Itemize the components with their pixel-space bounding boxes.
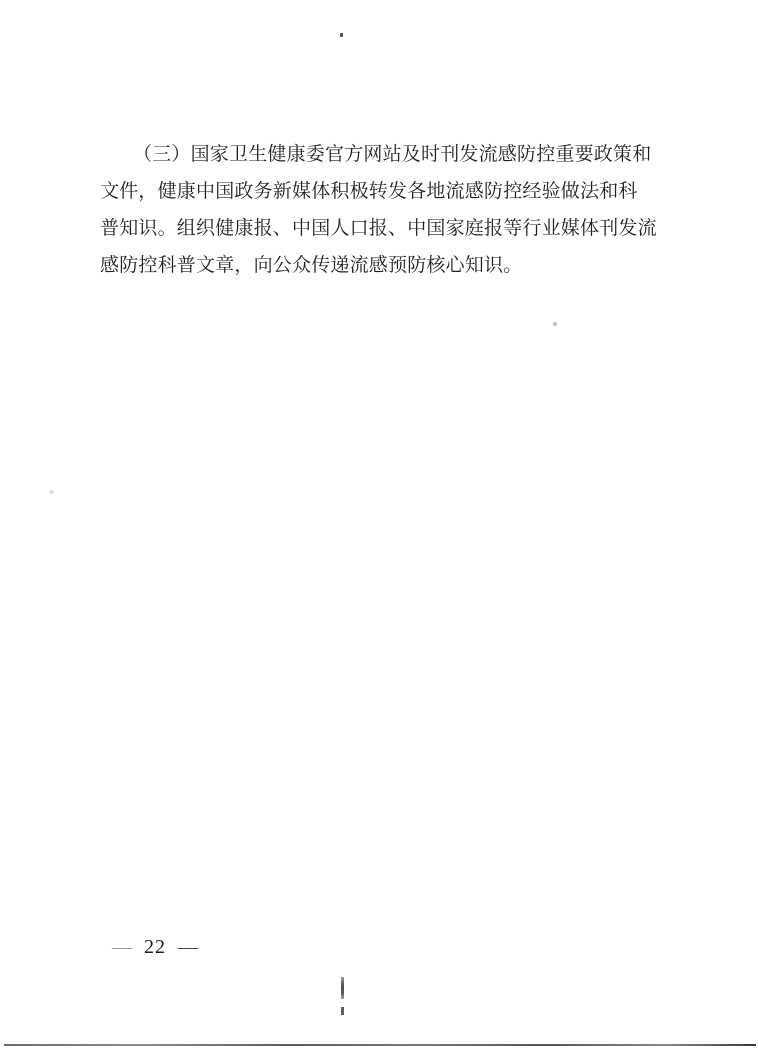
fold-mark-lower [341,1007,344,1015]
paragraph-line-2: 文件，健康中国政务新媒体积极转发各地流感防控经验做法和科 [100,173,656,210]
scan-speck-middle [553,322,557,326]
paragraph-line-1: （三）国家卫生健康委官方网站及时刊发流感防控重要政策和 [100,136,656,173]
scan-speck-top [340,33,343,37]
scanned-document-page: （三）国家卫生健康委官方网站及时刊发流感防控重要政策和 文件，健康中国政务新媒体… [0,0,758,1061]
page-footer: — 22 — [112,936,198,958]
page-number: 22 [144,936,166,958]
fold-mark-upper [341,977,344,999]
body-paragraph: （三）国家卫生健康委官方网站及时刊发流感防控重要政策和 文件，健康中国政务新媒体… [100,136,656,284]
scan-edge-line [4,1044,756,1046]
paragraph-line-4: 感防控科普文章，向公众传递流感预防核心知识。 [100,247,656,284]
scan-speck-left [49,490,54,494]
footer-right-dash: — [178,936,198,958]
paragraph-line-3: 普知识。组织健康报、中国人口报、中国家庭报等行业媒体刊发流 [100,210,656,247]
footer-left-dash: — [112,936,132,958]
